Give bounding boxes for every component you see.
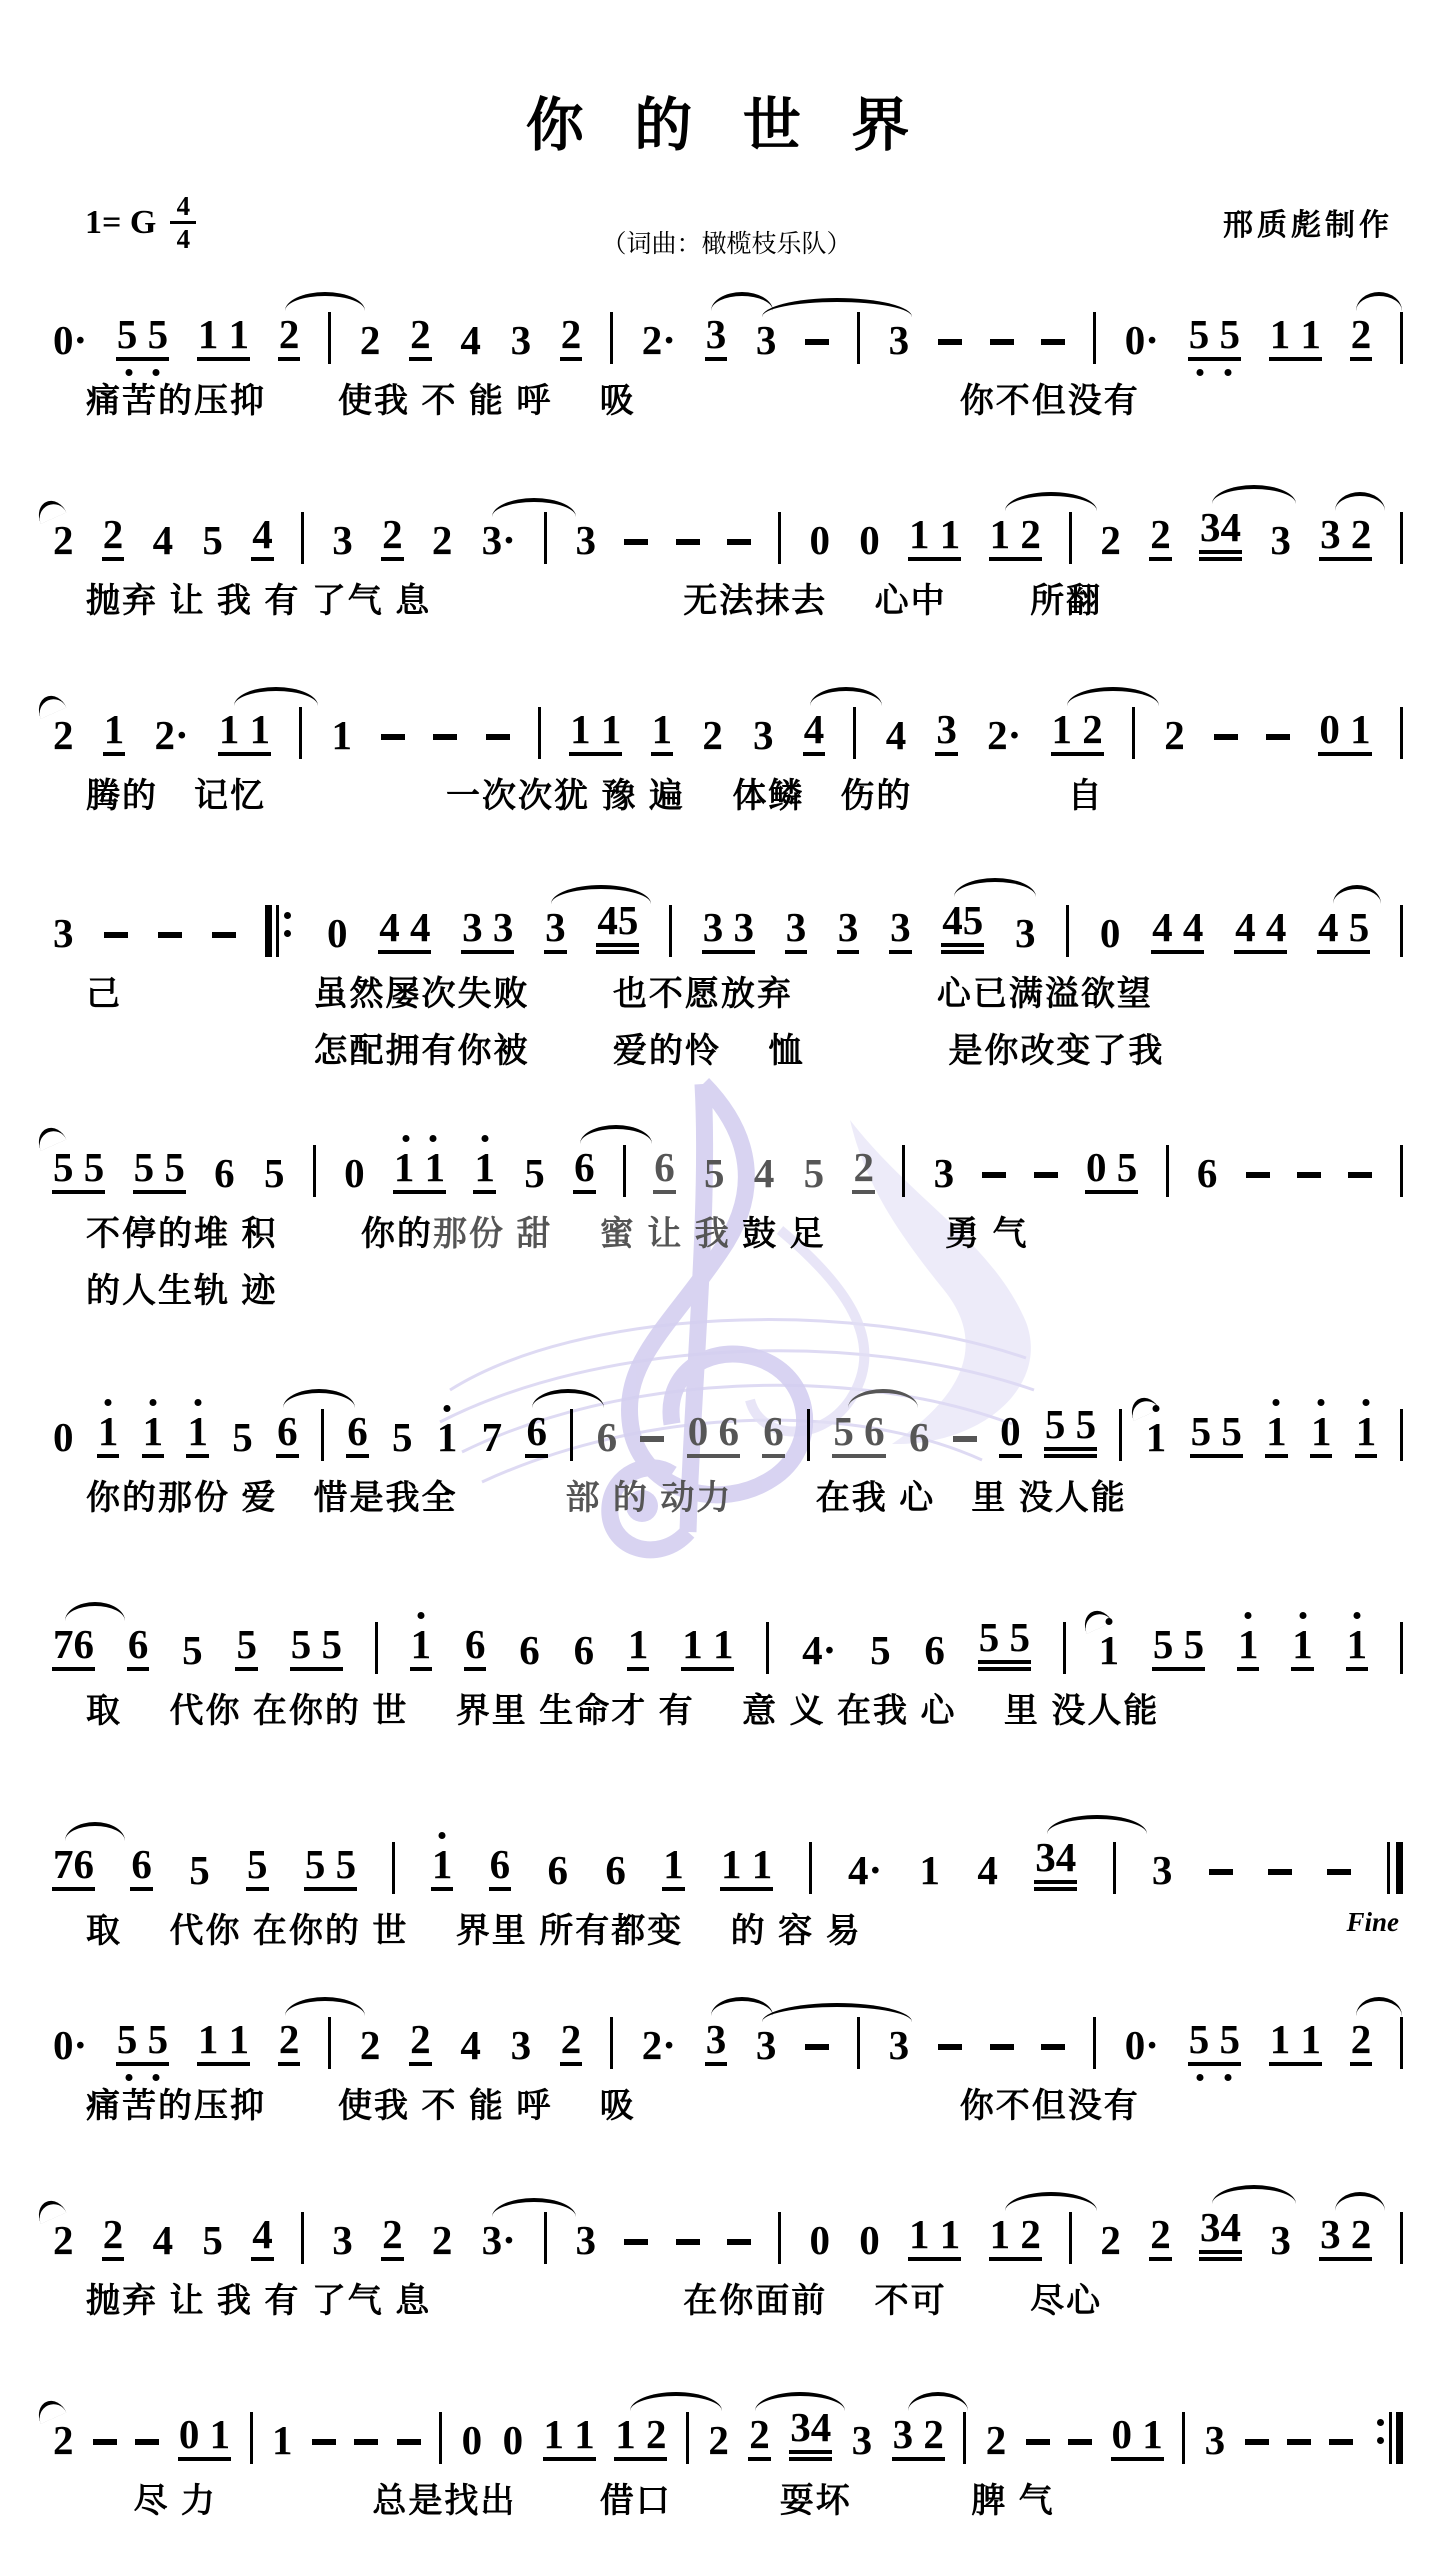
duration-dash [312,2439,336,2461]
lyrics-segment: 取 代你 在你的 世 界里 所有都变 的 容 易 [86,1912,862,1950]
duration-dash [1041,2044,1065,2066]
note-digits: 5 5 [116,2019,169,2066]
note-digits: 1 [627,1624,650,1671]
slur-arc [1335,2192,1385,2211]
repeat-dots [284,912,291,947]
lyrics-segment: 不停的堆 积 你的 [86,1215,433,1253]
note-digits: 1 1 [681,1624,734,1671]
note: 0· [52,320,88,361]
barline [544,512,547,561]
note: 0 [808,2220,831,2261]
note-digits: 2 [1149,2214,1172,2261]
barline [250,2412,253,2461]
note-digits: 4 [753,1153,776,1194]
note-digits: 2 [381,514,404,561]
octave-dot-above [1353,1612,1360,1619]
lyrics-row: 痛苦的压抑 使我 不 能 呼 吸 你不但没有 [52,373,1403,422]
slur-arc [1005,2192,1097,2211]
note-digits: 1 1 [1269,314,1322,361]
barline [857,312,860,361]
note-digits: 1 1 [543,2414,596,2461]
duration-dash [93,2439,117,2461]
note: 0 [502,2420,525,2461]
note-digits: 3 [889,907,912,954]
note-digits: 3 [544,907,567,954]
lyrics-segment: 取 代你 在你的 世 界里 生命才 有 意 义 在我 心 里 没人能 [86,1692,1159,1730]
note-digits: 3 [705,2019,728,2066]
slur-arc [1333,885,1381,904]
note-digits: 2 [381,2214,404,2261]
note: 5 5 [116,2019,169,2066]
note: 1 1 [218,709,271,756]
note-digits: 34 [789,2407,832,2454]
barline [301,2212,304,2261]
note: 4 [803,709,826,756]
note-digits: 1 1 [720,1844,773,1891]
note: 1 2 [1051,709,1104,756]
duration-dash [135,2439,159,2461]
note: 76 [52,1844,95,1891]
note-digits: 76 [52,1844,95,1891]
note: 3 2 [892,2414,945,2461]
note-digits: 5 [263,1153,286,1194]
note: 3 [837,907,860,954]
duration-dash [1287,2439,1311,2461]
note-digits: 3 2 [1319,514,1372,561]
note: 2 [1099,2220,1122,2261]
music-line: 304 43 33453 333345304 44 44 5己 虽然屡次失败 也… [52,888,1403,1072]
note-digits: 2 [560,314,583,361]
barline [778,512,781,561]
note: 1 [410,1624,433,1671]
note-digits: 3 [510,2025,533,2066]
note-digits: 4 [251,2214,274,2261]
note-digits: 6 [464,1624,487,1671]
note-digits: 5 5 [1188,314,1241,361]
note: 2 [1149,514,1172,561]
note: 5 5 [290,1624,343,1671]
note: 6 [489,1844,512,1891]
note-digits: 5 5 [133,1147,186,1194]
second-underline [1034,1887,1077,1891]
octave-dot-above [194,1399,201,1406]
note: 3 [888,2025,911,2066]
duration-dash [1348,1172,1372,1194]
note-digits: 2· [986,715,1022,756]
note: 0 [1099,913,1122,954]
note: 0 [326,913,349,954]
note-digits: 5 5 [1152,1624,1205,1671]
note: 3 3 [461,907,514,954]
note-digits: 3 [1204,2420,1227,2461]
note-digits: 6 [547,1850,570,1891]
duration-dash [486,734,510,756]
note: 0 1 [1318,709,1371,756]
note-digits: 0· [1124,2025,1160,2066]
note-digits: 6 [604,1850,627,1891]
note: 1 1 [908,514,961,561]
note: 1 1 [197,2019,250,2066]
slur-arc [532,1389,604,1408]
note: 3 [1269,2220,1292,2261]
octave-dot-below [1225,2074,1232,2081]
note-digits: 4 5 [1317,907,1370,954]
note: 2 [431,2220,454,2261]
note-digits: 2 [102,514,125,561]
octave-dot-below [1197,2074,1204,2081]
note: 0 5 [1085,1147,1138,1194]
note-digits: 1 [331,715,354,756]
note: 4 [976,1850,999,1891]
barline [1400,1409,1403,1458]
note-digits: 1 [410,1624,433,1671]
note: 6 [908,1417,931,1458]
note: 6 [604,1850,627,1891]
second-underline [1199,2257,1242,2261]
duration-dash [104,932,128,954]
note-digits: 3 [705,314,728,361]
note: 6 [1196,1153,1219,1194]
note: 3 [510,320,533,361]
note: 1 2 [989,2214,1042,2261]
note-digits: 0 [343,1153,366,1194]
duration-dash [938,339,962,361]
note: 0· [1124,320,1160,361]
note-digits: 1 1 [908,514,961,561]
note-digits: 2 [707,2420,730,2461]
note: 2 [359,2025,382,2066]
note: 5 [703,1153,726,1194]
slur-arc [1047,1815,1147,1834]
barline [1400,1145,1403,1194]
note: 5 5 [1190,1411,1243,1458]
duration-dash [990,339,1014,361]
notes-row: 766555 5166611 14·14343 [52,1825,1403,1891]
note: 6 [596,1417,619,1458]
barline [321,1409,324,1458]
note-digits: 1 [1291,1624,1314,1671]
music-line: 20 11001 11 2223433 220 13 尽 力 总是找出 借口 耍… [52,2395,1403,2522]
barline [1069,512,1072,561]
second-underline [1199,557,1242,561]
notes-row: 20 11001 11 2223433 220 13 [52,2395,1403,2461]
repeat-end-barline [1372,2412,1403,2461]
octave-dot-above [439,1832,446,1839]
fine-label: Fine [1346,1907,1399,1938]
duration-dash [640,1436,664,1458]
note-digits: 5 [391,1417,414,1458]
note: 1 [1291,1624,1314,1671]
duration-dash [1266,734,1290,756]
barline [853,707,856,756]
note-digits: 1 [1145,1417,1168,1458]
barline [538,707,541,756]
octave-dot-above [1299,1612,1306,1619]
note-digits: 6 [276,1411,299,1458]
barline [1400,312,1403,361]
note: 1 1 [1269,2019,1322,2066]
duration-dash [212,932,236,954]
note: 6 [213,1153,236,1194]
note: 3 [888,320,911,361]
time-top: 4 [177,192,191,220]
barline [1069,2212,1072,2261]
note: 7 [481,1417,504,1458]
barline [1093,2017,1096,2066]
note: 34 [1199,507,1242,561]
note-digits: 2 [852,1147,875,1194]
note-digits: 1 [431,1844,454,1891]
note-digits: 3 [510,320,533,361]
lyrics-row: 己 虽然屡次失败 也不愿放弃 心已满溢欲望 [52,966,1403,1015]
barline [623,1145,626,1194]
slur-arc [711,292,773,311]
note-digits: 3 [752,715,775,756]
note-digits: 6 [525,1411,548,1458]
note: 1 [103,709,126,756]
note-digits: 3 [935,709,958,756]
note: 1 [97,1411,120,1458]
note: 1 [331,715,354,756]
duration-dash [433,734,457,756]
notes-row: 766555 5166611 14·565 515 5111 [52,1605,1403,1671]
note-digits: 2 [1350,314,1373,361]
barline [1400,1622,1403,1671]
note: 5 [181,1630,204,1671]
note-digits: 5 5 [1044,1404,1097,1451]
note-digits: 3 2 [1319,2214,1372,2261]
note-digits: 5 [231,1417,254,1458]
note-digits: 3 [52,913,75,954]
note: 1 [1265,1411,1288,1458]
note: 0 [461,2420,484,2461]
note-digits: 5 [246,1844,269,1891]
final-barline [1387,1842,1403,1891]
note-digits: 1 [436,1417,459,1458]
note-digits: 4 4 [1151,907,1204,954]
note: 2 [409,314,432,361]
note-digits: 5 [803,1153,826,1194]
note: 4 4 [378,907,431,954]
note: 6 [518,1630,541,1671]
note: 3 [933,1153,956,1194]
note-digits: 5 [523,1153,546,1194]
note-digits: 3 [888,320,911,361]
octave-dot-above [105,1399,112,1406]
note-digits: 6 [213,1153,236,1194]
note: 0· [1124,2025,1160,2066]
note: 76 [52,1624,95,1671]
lyrics-segment: 痛苦的压抑 使我 不 能 呼 吸 你不但没有 [86,2087,1140,2125]
note-digits: 7 [481,1417,504,1458]
music-line: 224543223·3001 11 2223433 2抛弃 让 我 有 了气 息… [52,2195,1403,2322]
repeat-begin-barline [265,905,296,954]
octave-dot-above [417,1612,424,1619]
note-digits: 1 1 [197,2019,250,2066]
note-digits: 2 [52,2220,75,2261]
lyrics-segment: 抛弃 让 我 有 了气 息 在你面前 不可 尽心 [86,2282,1102,2320]
note-digits: 76 [52,1624,95,1671]
duration-dash [676,2239,700,2261]
note: 0 [52,1417,75,1458]
note-digits: 5 5 [304,1844,357,1891]
note-digits: 5 5 [116,314,169,361]
note-digits: 3 [1014,913,1037,954]
note: 6 [653,1147,676,1194]
slur-arc [285,1997,365,2016]
barline [809,1842,812,1891]
note: 1 1 [543,2414,596,2461]
duration-dash [397,2439,421,2461]
note: 1 [271,2420,294,2461]
note: 3 [755,2025,778,2066]
note-digits: 5 6 [832,1411,885,1458]
note: 2 [409,2019,432,2066]
note: 5 [523,1153,546,1194]
note: 1 1 [197,314,250,361]
note-digits: 2 [985,2420,1008,2461]
barline [328,312,331,361]
note: 4 [459,2025,482,2066]
note: 4 5 [1317,907,1370,954]
note: 5 [869,1630,892,1671]
note: 1 [436,1417,459,1458]
note: 5 5 [978,1617,1031,1671]
note: 2 [1099,520,1122,561]
second-underline [978,1667,1031,1671]
note: 34 [1034,1837,1077,1891]
note: 3 [851,2420,874,2461]
note-digits: 1 [1098,1630,1121,1671]
note: 3 2 [1319,514,1372,561]
note-digits: 5 5 [290,1624,343,1671]
note: 3· [481,520,517,561]
slur-arc [762,298,912,317]
octave-dot-above [444,1405,451,1412]
note: 3 [574,2220,597,2261]
note-digits: 4 4 [378,907,431,954]
note: 3 [1269,520,1292,561]
note-digits: 0 5 [1085,1147,1138,1194]
lyrics-segment: 在我 心 里 没人能 [732,1479,1126,1517]
barline [313,1145,316,1194]
duration-dash [727,539,751,561]
note-digits: 2 [431,520,454,561]
lyrics-segment: 己 虽然屡次失败 也不愿放弃 心已满溢欲望 [86,975,1153,1013]
note: 3 [1151,1850,1174,1891]
note: 3 [755,320,778,361]
lyrics-row: 你的那份 爱 惜是我全 部 的 动力 在我 心 里 没人能 [52,1470,1403,1519]
note: 2 [701,715,724,756]
note: 5 5 [116,314,169,361]
note: 2 [852,1147,875,1194]
lyrics-row: 取 代你 在你的 世 界里 所有都变 的 容 易 [52,1903,1403,1952]
note-digits: 3· [481,520,517,561]
note-digits: 6 [130,1844,153,1891]
note: 1 [1355,1411,1378,1458]
octave-dot-below [125,2074,132,2081]
note: 2 [560,2019,583,2066]
note-digits: 6 [518,1630,541,1671]
note-digits: 0· [52,320,88,361]
note-digits: 3 [574,2220,597,2261]
note: 6 [762,1411,785,1458]
duration-dash [982,1172,1006,1194]
note-digits: 1 [662,1844,685,1891]
note-digits: 2 [52,715,75,756]
slur-arc [1356,1997,1402,2016]
note-digits: 1 [97,1411,120,1458]
note-digits: 5 5 [978,1617,1031,1664]
note: 2 [278,314,301,361]
note-digits: 2 [278,2019,301,2066]
barline [1400,2212,1403,2261]
note-digits: 2 [359,2025,382,2066]
note: 4· [801,1630,837,1671]
lyrics-segment: 的人生轨 迹 [86,1272,277,1310]
note: 0 [999,1411,1022,1458]
note-digits: 34 [1034,1837,1077,1884]
note-digits: 1 2 [614,2414,667,2461]
note-digits: 4 [251,514,274,561]
barline [544,2212,547,2261]
note: 2 [52,520,75,561]
duration-dash [805,339,829,361]
note-digits: 5 5 [1188,2019,1241,2066]
barline [1400,905,1403,954]
note: 3 [1014,913,1037,954]
note-digits: 5 5 [1190,1411,1243,1458]
note-digits: 1 [473,1147,496,1194]
barline [328,2017,331,2066]
notes-row: 304 43 33453 333345304 44 44 5 [52,888,1403,954]
barline [902,1145,905,1194]
note: 5 [201,520,224,561]
note-digits: 1 [142,1411,165,1458]
note-digits: 5 [235,1624,258,1671]
music-line: 0·5 51 12224322·3330·5 51 12痛苦的压抑 使我 不 能… [52,295,1403,422]
slur-arc [954,878,1036,897]
note-digits: 0 [999,1411,1022,1458]
note-digits: 2 [409,2019,432,2066]
note: 2· [153,715,189,756]
note: 4 4 [1151,907,1204,954]
duration-dash [1327,1869,1351,1891]
slur-arc [65,1822,125,1841]
note: 2 [748,2414,771,2461]
music-line: 212·1 111 11234432·1 220 1腾的 记忆 一次次犹 豫 遍… [52,690,1403,817]
note-digits: 2 [409,314,432,361]
note-digits: 6 [346,1411,369,1458]
note-digits: 5 [188,1850,211,1891]
note: 2 [985,2420,1008,2461]
note: 1 1 [908,2214,961,2261]
note-digits: 1 [103,709,126,756]
notes-row: 0·5 51 12224322·3330·5 51 12 [52,295,1403,361]
barline [1113,1842,1116,1891]
slur-arc [711,1997,773,2016]
note-digits: 4 [803,709,826,756]
note-digits: 2 [560,2019,583,2066]
barline [1166,1145,1169,1194]
note: 5 5 [133,1147,186,1194]
note: 0 [858,2220,881,2261]
slur-arc [492,2198,576,2217]
note-digits: 3 [933,1153,956,1194]
barline [375,1622,378,1671]
note: 1 2 [989,514,1042,561]
note-digits: 1 2 [989,2214,1042,2261]
